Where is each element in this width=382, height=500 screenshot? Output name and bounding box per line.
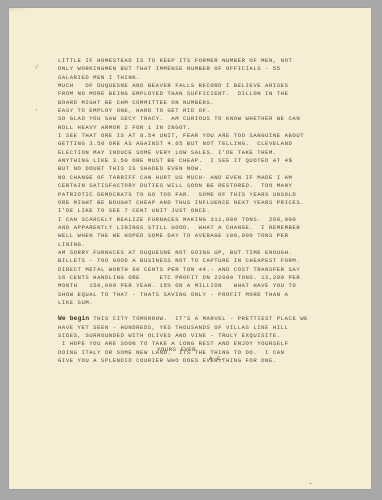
text-line: certain satisfactory duties will soon be… bbox=[58, 182, 358, 190]
text-line: So glad you saw Secy Tracy. Am curious t… bbox=[58, 115, 358, 123]
letter-page: / , Little if Homestead is to keep its f… bbox=[9, 8, 371, 489]
paragraph-gap bbox=[58, 307, 358, 315]
text-line: getting 3.50 ore as against 4.65 but not… bbox=[58, 140, 358, 148]
text-line: give you a splendid courier who does eve… bbox=[58, 357, 358, 365]
closing-line: Yours Ever bbox=[157, 346, 196, 353]
margin-check-mark: / bbox=[35, 64, 39, 71]
text-line: Anything like 3.50 ore must be cheap. I … bbox=[58, 157, 358, 165]
text-line: but no doubt this is shaded even now. bbox=[58, 165, 358, 173]
text-line: I see that ore is at 8.54 unit, fear you… bbox=[58, 132, 358, 140]
text-line: salaried men I think. bbox=[58, 74, 358, 82]
text-line-rest: this city tomorrow. It's a marvel - pret… bbox=[89, 315, 308, 322]
text-line: only workingmen but that immense number … bbox=[58, 65, 358, 73]
text-line: have yet seen - hundreds, yes thousands … bbox=[58, 324, 358, 332]
paper-speck bbox=[74, 343, 75, 344]
text-line: Easy to employ one, hard to get rid of. bbox=[58, 107, 358, 115]
text-line: from no more being employed than suffici… bbox=[58, 90, 358, 98]
text-line: sides, surrounded with olives and vine -… bbox=[58, 332, 358, 340]
text-line: roll heavy armor 2 for 1 in ingot. bbox=[58, 124, 358, 132]
text-line: doing Italy or some new land. Its the th… bbox=[58, 349, 358, 357]
text-line: Board might be Chm Committee on numbers. bbox=[58, 99, 358, 107]
text-line: No change of tarriff can hurt us much- a… bbox=[58, 174, 358, 182]
text-line: Much of Duquesne and Beaver Falls record… bbox=[58, 82, 358, 90]
text-line: I'de like to see 7 cent unit just once. bbox=[58, 207, 358, 215]
text-line: 16 cents handling ore etc profit on 2200… bbox=[58, 274, 358, 282]
text-line: I hope you are soon to take a long rest … bbox=[58, 340, 358, 348]
text-line: lining. bbox=[58, 241, 358, 249]
text-line: and apparently linings still good. What … bbox=[58, 224, 358, 232]
paper-speck bbox=[310, 483, 311, 484]
paper-corner-fold bbox=[9, 8, 31, 11]
letter-body: Little if Homestead is to keep its forme… bbox=[58, 57, 358, 365]
text-line: month 150,000 per year. 15% on a million… bbox=[58, 282, 358, 290]
margin-check-mark: , bbox=[35, 105, 39, 112]
text-line: We begin this city tomorrow. It's a marv… bbox=[58, 315, 358, 323]
text-line: Little if Homestead is to keep its forme… bbox=[58, 57, 358, 65]
paragraph-lead: We begin bbox=[58, 315, 89, 322]
text-line: ore might be bought cheap and thus influ… bbox=[58, 199, 358, 207]
signature-initials: A.C. bbox=[209, 355, 225, 362]
text-line: Billets - too good a business not to cap… bbox=[58, 257, 358, 265]
text-line: patriotic Democrats to go too far. Some … bbox=[58, 191, 358, 199]
text-line: well when the we hoped some day to avera… bbox=[58, 232, 358, 240]
text-line: I can scarcely realize furnaces making 3… bbox=[58, 216, 358, 224]
text-line: Direct metal worth 60 cents per ton 44.-… bbox=[58, 266, 358, 274]
text-line: like sum. bbox=[58, 299, 358, 307]
text-line: show equal to that - thats saving only -… bbox=[58, 291, 358, 299]
text-line: election may induce some very low sales.… bbox=[58, 149, 358, 157]
text-line: Am sorry furnaces at Duquesne not going … bbox=[58, 249, 358, 257]
